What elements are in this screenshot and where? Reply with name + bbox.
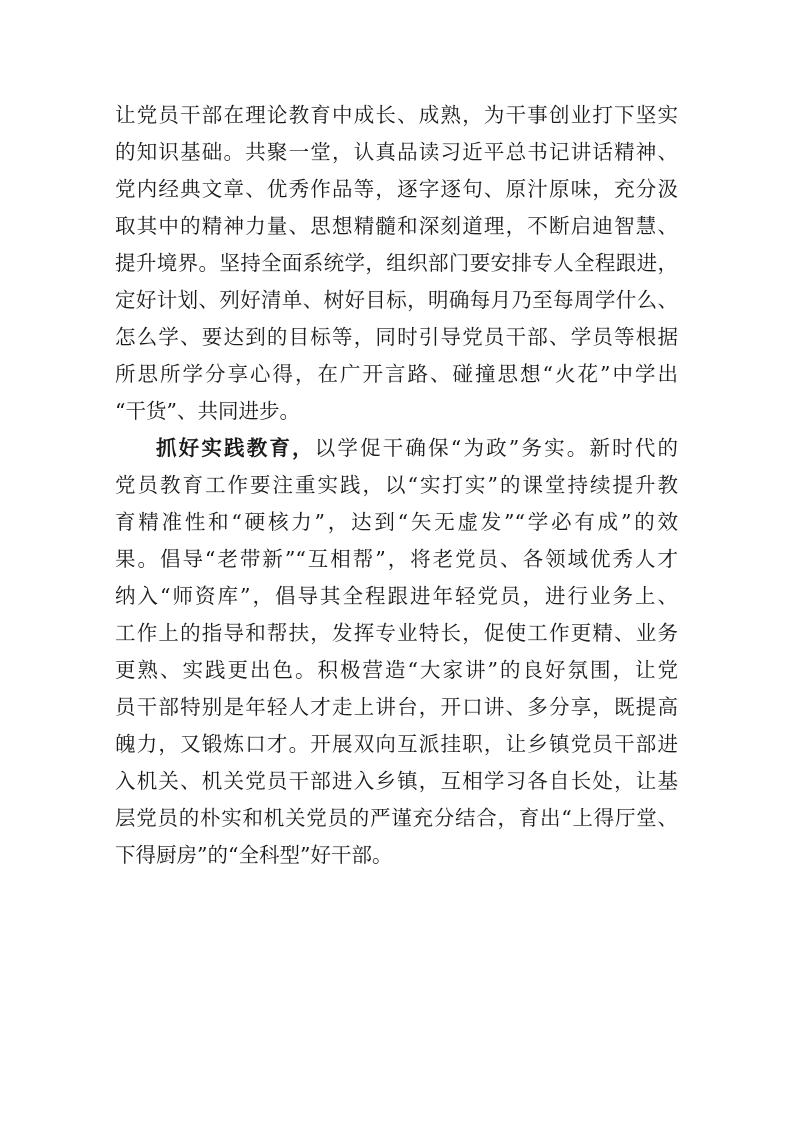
text-line: 入机关、机关党员干部进入乡镇，互相学习各自长处，让基 — [115, 763, 678, 800]
text-line: 取其中的精神力量、思想精髓和深刻道理，不断启迪智慧、 — [115, 208, 678, 245]
text-line: 工作上的指导和帮扶，发挥专业特长，促使工作更精、业务 — [115, 615, 678, 652]
text-block: 让党员干部在理论教育中成长、成熟，为干事创业打下坚实 的知识基础。共聚一堂，认真… — [115, 97, 678, 874]
text-line: 所思所学分享心得，在广开言路、碰撞思想“火花”中学出 — [115, 356, 678, 393]
text-line: 的知识基础。共聚一堂，认真品读习近平总书记讲话精神、 — [115, 134, 678, 171]
text-line: 魄力，又锻炼口才。开展双向互派挂职，让乡镇党员干部进 — [115, 726, 678, 763]
document-page: 让党员干部在理论教育中成长、成熟，为干事创业打下坚实 的知识基础。共聚一堂，认真… — [0, 0, 793, 1122]
text-line: 党员教育工作要注重实践，以“实打实”的课堂持续提升教 — [115, 467, 678, 504]
text-line: 定好计划、列好清单、树好目标，明确每月乃至每周学什么、 — [115, 282, 678, 319]
text-line: 员干部特别是年轻人才走上讲台，开口讲、多分享，既提高 — [115, 689, 678, 726]
text-line: 更熟、实践更出色。积极营造“大家讲”的良好氛围，让党 — [115, 652, 678, 689]
paragraph-2: 抓好实践教育，以学促干确保“为政”务实。新时代的 党员教育工作要注重实践，以“实… — [115, 430, 678, 874]
text-line: 党内经典文章、优秀作品等，逐字逐句、原汁原味，充分汲 — [115, 171, 678, 208]
text-line: 抓好实践教育，以学促干确保“为政”务实。新时代的 — [115, 430, 678, 467]
text-line: “干货”、共同进步。 — [115, 393, 678, 430]
paragraph-1: 让党员干部在理论教育中成长、成熟，为干事创业打下坚实 的知识基础。共聚一堂，认真… — [115, 97, 678, 430]
text-line: 让党员干部在理论教育中成长、成熟，为干事创业打下坚实 — [115, 97, 678, 134]
lead-rest-text: 以学促干确保“为政”务实。新时代的 — [315, 436, 678, 460]
text-line: 怎么学、要达到的目标等，同时引导党员干部、学员等根据 — [115, 319, 678, 356]
text-line: 提升境界。坚持全面系统学，组织部门要安排专人全程跟进， — [115, 245, 678, 282]
text-line: 下得厨房”的“全科型”好干部。 — [115, 837, 678, 874]
text-line: 育精准性和“硬核力”，达到“矢无虚发”“学必有成”的效 — [115, 504, 678, 541]
text-line: 果。倡导“老带新”“互相帮”，将老党员、各领域优秀人才 — [115, 541, 678, 578]
bold-lead-text: 抓好实践教育， — [156, 436, 315, 460]
text-line: 层党员的朴实和机关党员的严谨充分结合，育出“上得厅堂、 — [115, 800, 678, 837]
text-line: 纳入“师资库”，倡导其全程跟进年轻党员，进行业务上、 — [115, 578, 678, 615]
